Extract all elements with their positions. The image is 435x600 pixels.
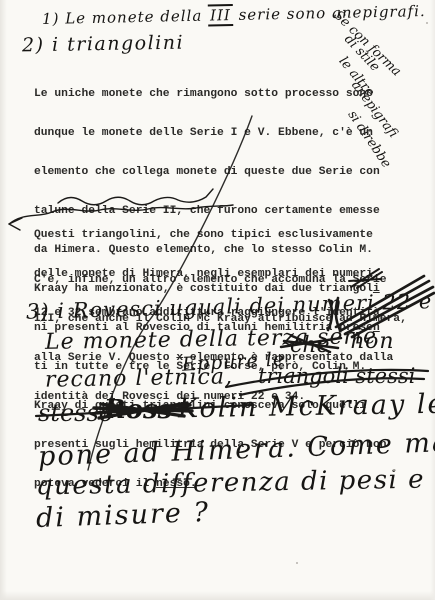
handwritten-struck-word: Ross <box>104 395 172 425</box>
handwritten-note-2: 2) i triangolini <box>22 32 184 57</box>
paper-speck <box>393 469 395 471</box>
scanned-page: 1) Le monete della III serie sono anepig… <box>0 0 435 600</box>
note1-number: 1) <box>42 10 60 28</box>
typed-line: C'è, infine, un altro elemento che accom… <box>34 274 407 287</box>
typed-line: Questi triangolini, che sono tipici escl… <box>34 229 387 242</box>
paper-speck <box>152 508 154 510</box>
handwritten-note-1: 1) Le monete della III serie sono anepig… <box>42 2 426 28</box>
typed-line: dunque le monete delle Serie I e V. Ebbe… <box>34 127 387 140</box>
handwritten-struck-word: stesso <box>38 399 113 427</box>
paper-speck <box>296 562 298 564</box>
arrowhead <box>9 218 22 230</box>
handwritten-line: di misure ? <box>36 497 211 534</box>
paper-speck <box>426 22 428 24</box>
handwritten-line: Kolin McKraay le <box>178 389 435 425</box>
handwritten-struck-word: che <box>290 333 330 358</box>
typed-line: Le uniche monete che rimangono sotto pro… <box>34 88 387 101</box>
note3-number: 3) <box>26 299 50 324</box>
handwritten-struck-words: triangoli stessi <box>258 364 415 388</box>
handwritten-word: non <box>350 329 395 354</box>
note1-roman-numeral: III <box>208 4 233 27</box>
typed-line: elemento che collega monete di queste du… <box>34 166 387 179</box>
note1-text-a: Le monete della <box>65 7 202 28</box>
